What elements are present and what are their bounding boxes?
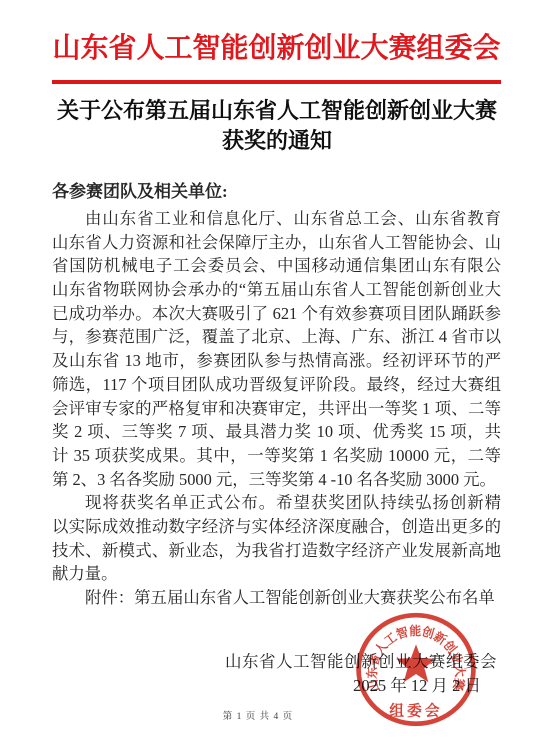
body-line: 山东省人力资源和社会保障厅主办，山东省人工智能协会、山东 [52,231,501,255]
body-line: 献力量。 [52,562,501,586]
body-paragraphs: 由山东省工业和信息化厅、山东省总工会、山东省教育厅、山东省人力资源和社会保障厅主… [52,207,501,610]
body-line: 筛选，117 个项目团队成功晋级复评阶段。最终，经过大赛组委 [52,373,501,397]
document-body: 各参赛团队及相关单位: 由山东省工业和信息化厅、山东省总工会、山东省教育厅、山东… [52,181,501,610]
document-title-line2: 获奖的通知 [27,126,527,156]
letterhead-org-name: 山东省人工智能创新创业大赛组委会 [52,26,501,66]
signature-org-name: 山东省人工智能创新创业大赛组委会 [52,648,501,672]
seal-bottom-text: 组委会 [389,701,442,719]
signature-date: 2025 年 12 月 2 日 [52,672,501,696]
body-line: 技术、新模式、新业态，为我省打造数字经济产业发展新高地贡 [52,539,501,563]
body-line: 省国防机械电子工会委员会、中国移动通信集团山东有限公司、 [52,254,501,278]
body-line: 现将获奖名单正式公布。希望获奖团队持续弘扬创新精神， [52,491,501,515]
document-title: 关于公布第五届山东省人工智能创新创业大赛 获奖的通知 [27,96,527,156]
document-page: 山东省人工智能创新创业大赛组委会 关于公布第五届山东省人工智能创新创业大赛 获奖… [0,0,554,745]
body-line: 山东省物联网协会承办的“第五届山东省人工智能创新创业大赛” [52,278,501,302]
body-line: 及山东省 13 地市，参赛团队参与热情高涨。经初评环节的严格 [52,349,501,373]
body-line: 会评审专家的严格复审和决赛审定，共评出一等奖 1 项、二等 [52,397,501,421]
body-line: 计 35 项获奖成果。其中，一等奖第 1 名奖励 10000 元，二等奖 [52,444,501,468]
body-line: 已成功举办。本次大赛吸引了 621 个有效参赛项目团队踊跃参 [52,302,501,326]
body-line: 奖 2 项、三等奖 7 项、最具潜力奖 10 项、优秀奖 15 项，共 [52,420,501,444]
body-line: 第 2、3 名各奖励 5000 元，三等奖第 4 -10 名各奖励 3000 元… [52,468,501,492]
letterhead-divider-line [52,80,501,84]
document-title-line1: 关于公布第五届山东省人工智能创新创业大赛 [27,96,527,126]
body-line: 与，参赛范围广泛，覆盖了北京、上海、广东、浙江 4 省市以 [52,325,501,349]
body-line: 附件：第五届山东省人工智能创新创业大赛获奖公布名单 [52,586,501,610]
body-line: 由山东省工业和信息化厅、山东省总工会、山东省教育厅、 [52,207,501,231]
page-number: 第 1 页 共 4 页 [223,708,293,722]
body-line: 以实际成效推动数字经济与实体经济深度融合，创造出更多的新 [52,515,501,539]
salutation-line: 各参赛团队及相关单位: [52,181,501,207]
